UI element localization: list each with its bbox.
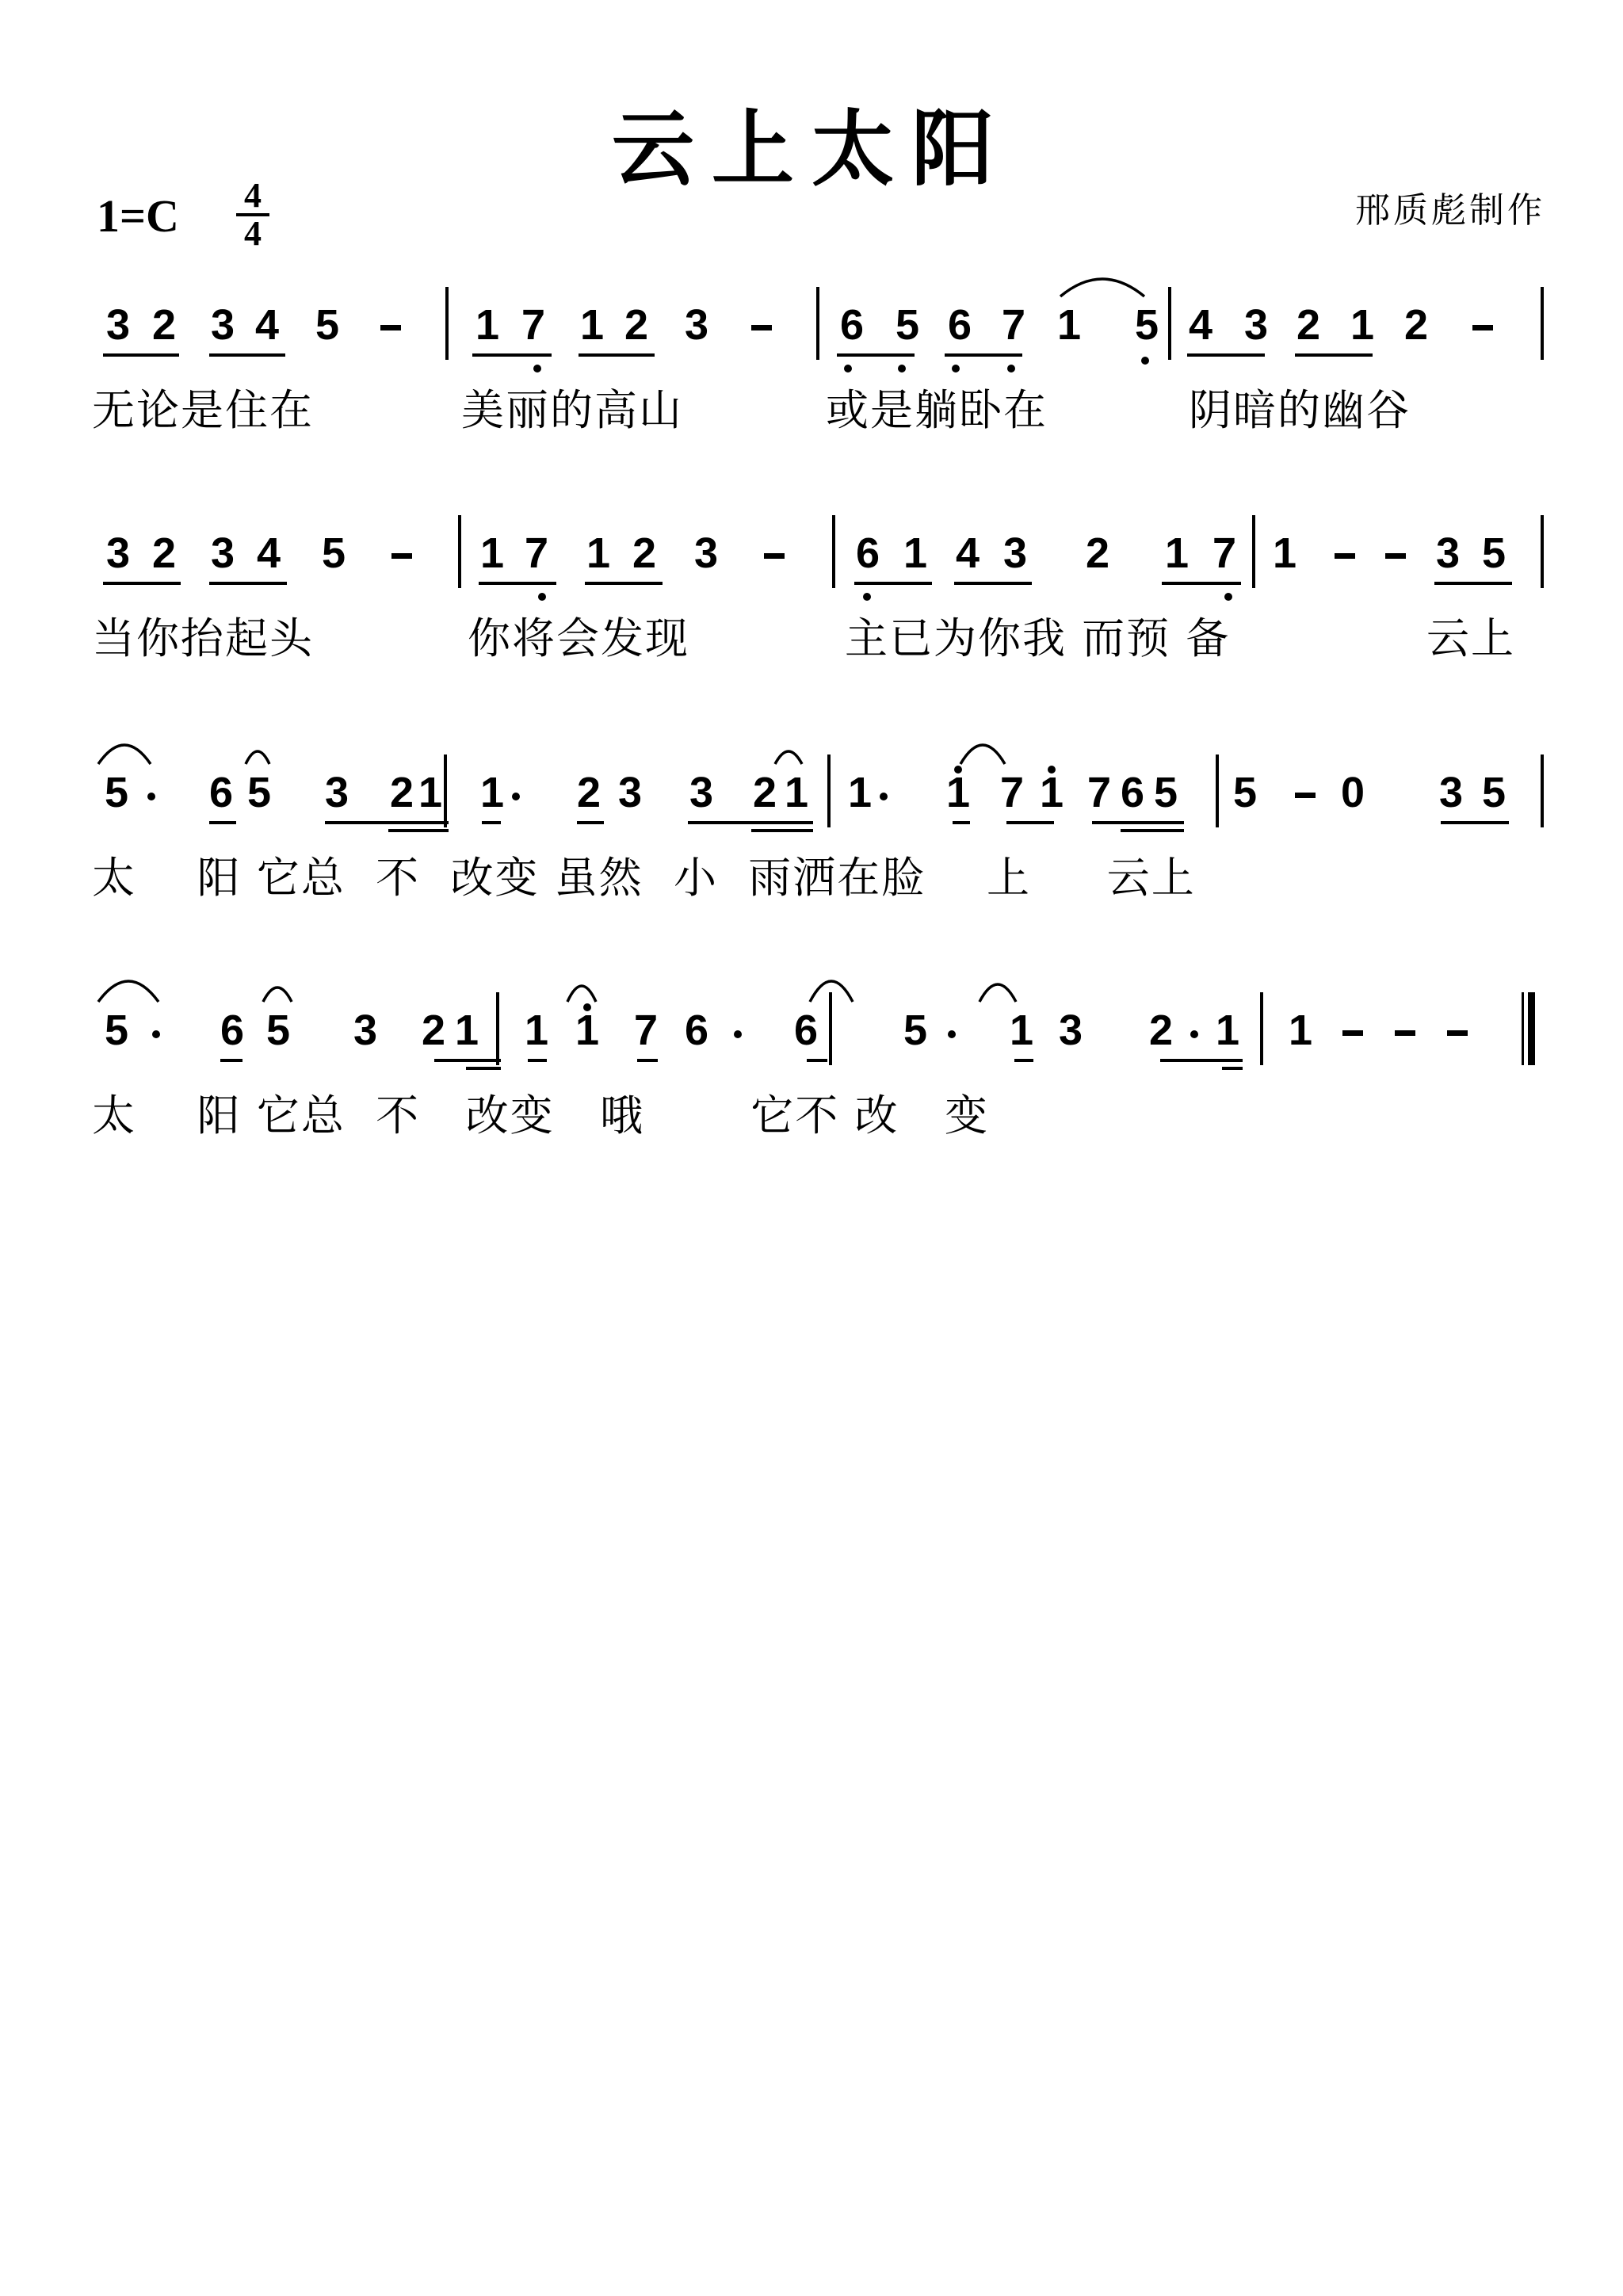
- note: 4: [954, 529, 981, 577]
- eighth-underline: [854, 582, 932, 585]
- slur-arc: [960, 745, 1005, 764]
- score-system-4: 56532111766513211太 阳 它总 不 改变 哦 它不 改 变: [0, 959, 1623, 1165]
- slur-arc: [980, 984, 1016, 1002]
- score-system-1: 323451712365671543212无论是住在美丽的高山或是躺卧在阴暗的幽…: [0, 254, 1623, 460]
- slur-arc: [246, 751, 269, 764]
- lyric-line: 你将会发现: [468, 615, 689, 663]
- sheet-music-page: 云上太阳 1=C 4 4 邢质彪制作 323451712365671543212…: [0, 0, 1623, 2296]
- lyric-line: 云上: [1426, 615, 1515, 663]
- low-octave-dot: [1224, 593, 1232, 601]
- note: 1: [1163, 529, 1190, 577]
- score-system-2: 32345171236143217135当你抬起头你将会发现主已为你我 而预 备…: [0, 482, 1623, 688]
- slur-arc: [98, 981, 158, 1002]
- barline: [1541, 515, 1544, 588]
- eighth-underline: [103, 582, 181, 585]
- time-signature: 4 4: [236, 179, 269, 250]
- sustain-dash: [1335, 553, 1355, 559]
- barline: [458, 515, 461, 588]
- eighth-underline: [585, 582, 663, 585]
- sustain-dash: [391, 553, 412, 559]
- eighth-underline: [1162, 582, 1241, 585]
- slur-arc: [775, 751, 802, 764]
- lyric-line: 当你抬起头: [92, 615, 314, 663]
- note: 3: [1434, 529, 1461, 577]
- note: 3: [105, 529, 132, 577]
- note: 1: [479, 529, 506, 577]
- note: 2: [631, 529, 658, 577]
- time-signature-top: 4: [236, 179, 269, 212]
- lyric-line: 太 阳 它总 不 改变 虽然 小 雨洒在脸 上 云上: [92, 854, 1196, 902]
- note: 2: [1084, 529, 1111, 577]
- lyric-line: 无论是住在: [92, 387, 314, 434]
- note: 1: [902, 529, 929, 577]
- note: 3: [693, 529, 720, 577]
- lyric-line: 或是躺卧在: [826, 387, 1048, 434]
- lyric-line: 美丽的高山: [461, 387, 683, 434]
- eighth-underline: [209, 582, 287, 585]
- note: 5: [1480, 529, 1507, 577]
- slur-arc: [263, 988, 292, 1002]
- low-octave-dot: [863, 593, 871, 601]
- slur-arc: [98, 745, 151, 764]
- note: 3: [209, 529, 236, 577]
- score-system-3: 56532112332111717655035太 阳 它总 不 改变 虽然 小 …: [0, 721, 1623, 927]
- author-credit: 邢质彪制作: [1355, 187, 1545, 235]
- slur-arc: [1060, 279, 1144, 296]
- note: 1: [1271, 529, 1298, 577]
- eighth-underline: [1434, 582, 1512, 585]
- sustain-dash: [764, 553, 785, 559]
- note: 7: [1211, 529, 1238, 577]
- note: 1: [585, 529, 612, 577]
- note: 5: [320, 529, 347, 577]
- lyric-line: 主已为你我 而预 备: [845, 615, 1230, 663]
- barline: [1252, 515, 1255, 588]
- time-signature-bottom: 4: [236, 217, 269, 250]
- lyric-line: 太 阳 它总 不 改变 哦 它不 改 变: [92, 1092, 989, 1140]
- note: 4: [255, 529, 282, 577]
- slur-arc: [567, 986, 596, 1002]
- lyric-line: 阴暗的幽谷: [1189, 387, 1411, 434]
- slur-arc: [810, 981, 853, 1002]
- note: 2: [151, 529, 178, 577]
- eighth-underline: [479, 582, 556, 585]
- eighth-underline: [954, 582, 1032, 585]
- low-octave-dot: [538, 593, 546, 601]
- barline: [832, 515, 835, 588]
- key-signature: 1=C: [97, 189, 179, 244]
- note: 7: [523, 529, 550, 577]
- note: 3: [1002, 529, 1029, 577]
- note: 6: [854, 529, 881, 577]
- sustain-dash: [1385, 553, 1406, 559]
